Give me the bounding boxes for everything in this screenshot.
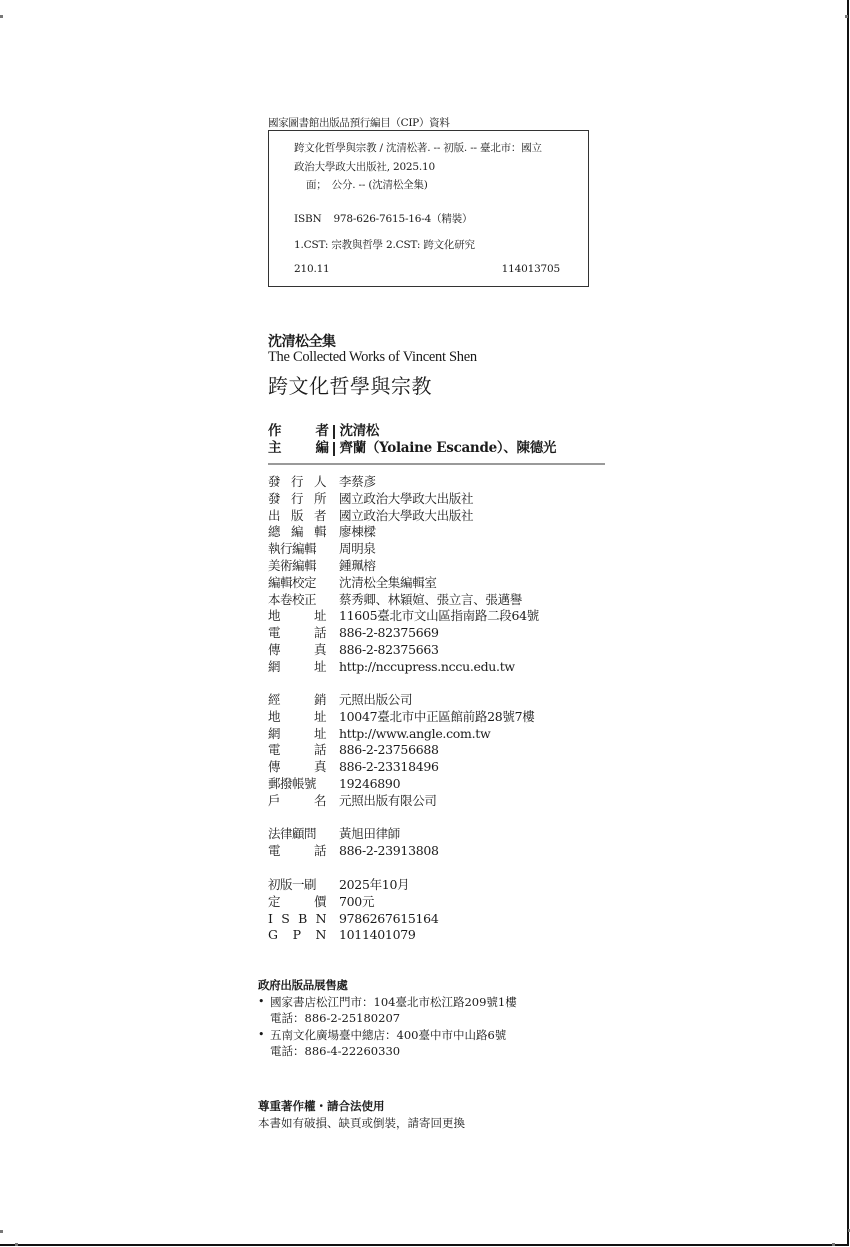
info-value: 國立政治大學政大出版社 — [339, 491, 473, 508]
info-label: 編輯校定 — [268, 575, 326, 592]
cip-isbn-label: ISBN — [294, 213, 321, 225]
info-value: 886-2-23756688 — [339, 742, 439, 759]
cip-line-3: 面； 公分. -- (沈清松全集) — [306, 177, 428, 192]
info-label: 網址 — [268, 726, 326, 743]
info-row: 發行人李蔡彥 — [268, 474, 539, 491]
credit-editor: 主 編 齊蘭（Yolaine Escande）、陳德光 — [268, 440, 556, 457]
info-label: 地址 — [268, 608, 326, 625]
crop-mark — [15, 1243, 18, 1246]
info-row: 定價700元 — [268, 894, 439, 911]
info-label: 地址 — [268, 709, 326, 726]
info-label: 發行所 — [268, 491, 326, 508]
info-row: 總編輯廖棟樑 — [268, 524, 539, 541]
info-value: http://www.angle.com.tw — [339, 726, 490, 743]
info-label: 法律顧問 — [268, 826, 326, 843]
info-value: 9786267615164 — [339, 911, 439, 928]
info-value: 鍾珮榕 — [339, 558, 376, 575]
gov-sales-item-name: 五南文化廣場臺中總店：400臺中市中山路6號 — [270, 1027, 506, 1044]
info-row: 電話886-2-23756688 — [268, 742, 534, 759]
info-label: 經銷 — [268, 692, 326, 709]
publisher-info: 發行人李蔡彥發行所國立政治大學政大出版社出版者國立政治大學政大出版社總編輯廖棟樑… — [268, 474, 539, 676]
crop-mark — [0, 15, 3, 18]
gov-sales-item-phone: 電話：886-2-25180207 — [258, 1010, 517, 1027]
info-value: 蔡秀卿、林穎媗、張立言、張邁譽 — [339, 592, 522, 609]
info-value: 886-2-23913808 — [339, 843, 439, 860]
legal-info: 法律顧問黃旭田律師電話886-2-23913808 — [268, 826, 439, 860]
info-row: 網址http://nccupress.nccu.edu.tw — [268, 659, 539, 676]
page-edge-bottom — [0, 1244, 849, 1246]
cip-record-number: 114013705 — [502, 263, 560, 275]
info-row: 戶名元照出版有限公司 — [268, 793, 534, 810]
info-value: http://nccupress.nccu.edu.tw — [339, 659, 515, 676]
crop-mark — [845, 15, 848, 18]
info-value: 11605臺北市文山區指南路二段64號 — [339, 608, 539, 625]
bullet-icon: • — [258, 1027, 270, 1044]
info-row: 電話886-2-82375669 — [268, 625, 539, 642]
info-label: 網址 — [268, 659, 326, 676]
info-row: 地址11605臺北市文山區指南路二段64號 — [268, 608, 539, 625]
info-row: ISBN9786267615164 — [268, 911, 439, 928]
info-label: 執行編輯 — [268, 541, 326, 558]
info-label: 傳真 — [268, 759, 326, 776]
info-value: 1011401079 — [339, 927, 416, 944]
info-value: 886-2-82375663 — [339, 642, 439, 659]
crop-mark — [832, 1243, 835, 1246]
credit-label: 作 者 — [268, 423, 329, 440]
gov-sales-item: • 五南文化廣場臺中總店：400臺中市中山路6號 — [258, 1027, 517, 1044]
gov-sales-item-phone: 電話：886-4-22260330 — [258, 1043, 517, 1060]
info-label: 電話 — [268, 625, 326, 642]
bullet-icon: • — [258, 994, 270, 1011]
info-value: 19246890 — [339, 776, 400, 793]
info-row: 初版一刷2025年10月 — [268, 877, 439, 894]
distributor-info: 經銷元照出版公司地址10047臺北市中正區館前路28號7樓網址http://ww… — [268, 692, 534, 810]
section-separator — [268, 463, 605, 465]
copyright-notice: 本書如有破損、缺頁或倒裝，請寄回更換 — [258, 1115, 465, 1132]
info-label: 總編輯 — [268, 524, 326, 541]
edition-info: 初版一刷2025年10月定價700元ISBN9786267615164GPN10… — [268, 877, 439, 944]
cip-line-1: 跨文化哲學與宗教 / 沈清松著. -- 初版. -- 臺北市：國立 — [294, 140, 542, 155]
info-label: 戶名 — [268, 793, 326, 810]
info-row: 本卷校正蔡秀卿、林穎媗、張立言、張邁譽 — [268, 592, 539, 609]
info-value: 黃旭田律師 — [339, 826, 400, 843]
series-title-en: The Collected Works of Vincent Shen — [268, 349, 477, 366]
copyright: 尊重著作權・請合法使用 本書如有破損、缺頁或倒裝，請寄回更換 — [258, 1098, 465, 1132]
info-value: 李蔡彥 — [339, 474, 376, 491]
info-row: 法律顧問黃旭田律師 — [268, 826, 439, 843]
info-label: 定價 — [268, 894, 326, 911]
info-row: 美術編輯鍾珮榕 — [268, 558, 539, 575]
info-row: 發行所國立政治大學政大出版社 — [268, 491, 539, 508]
info-label: 郵撥帳號 — [268, 776, 326, 793]
credit-value: 齊蘭（Yolaine Escande）、陳德光 — [340, 440, 557, 457]
info-row: 傳真886-2-23318496 — [268, 759, 534, 776]
info-value: 周明泉 — [339, 541, 376, 558]
gov-sales-item: • 國家書店松江門市：104臺北市松江路209號1樓 — [258, 994, 517, 1011]
cip-isbn-value: 978-626-7615-16-4（精裝） — [333, 213, 472, 225]
info-row: 執行編輯周明泉 — [268, 541, 539, 558]
info-row: 傳真886-2-82375663 — [268, 642, 539, 659]
crop-mark — [0, 1230, 3, 1233]
info-value: 886-2-82375669 — [339, 625, 439, 642]
series-title-zh: 沈清松全集 — [268, 331, 336, 351]
gov-sales: 政府出版品展售處 • 國家書店松江門市：104臺北市松江路209號1樓 電話：8… — [258, 977, 517, 1060]
credit-author: 作 者 沈清松 — [268, 423, 556, 440]
info-row: 出版者國立政治大學政大出版社 — [268, 508, 539, 525]
info-value: 886-2-23318496 — [339, 759, 439, 776]
info-label: GPN — [268, 927, 326, 944]
info-label: 出版者 — [268, 508, 326, 525]
info-value: 700元 — [339, 894, 374, 911]
info-row: 網址http://www.angle.com.tw — [268, 726, 534, 743]
credit-value: 沈清松 — [340, 423, 380, 440]
cip-subjects: 1.CST: 宗教與哲學 2.CST: 跨文化研究 — [294, 237, 475, 252]
info-row: 地址10047臺北市中正區館前路28號7樓 — [268, 709, 534, 726]
info-value: 沈清松全集編輯室 — [339, 575, 437, 592]
book-title: 跨文化哲學與宗教 — [268, 370, 432, 399]
info-value: 10047臺北市中正區館前路28號7樓 — [339, 709, 534, 726]
info-value: 元照出版公司 — [339, 692, 412, 709]
cip-heading: 國家圖書館出版品預行編目（CIP）資料 — [268, 115, 450, 130]
info-row: 經銷元照出版公司 — [268, 692, 534, 709]
info-label: 初版一刷 — [268, 877, 326, 894]
gov-sales-title: 政府出版品展售處 — [258, 977, 517, 994]
info-row: GPN1011401079 — [268, 927, 439, 944]
credits: 作 者 沈清松 主 編 齊蘭（Yolaine Escande）、陳德光 — [268, 423, 556, 457]
info-value: 元照出版有限公司 — [339, 793, 437, 810]
info-value: 廖棟樑 — [339, 524, 376, 541]
divider-bar — [333, 425, 335, 439]
info-label: 電話 — [268, 742, 326, 759]
gov-sales-item-name: 國家書店松江門市：104臺北市松江路209號1樓 — [270, 994, 517, 1011]
info-value: 國立政治大學政大出版社 — [339, 508, 473, 525]
info-label: 傳真 — [268, 642, 326, 659]
cip-line-2: 政治大學政大出版社, 2025.10 — [294, 159, 435, 174]
copyright-title: 尊重著作權・請合法使用 — [258, 1098, 465, 1115]
divider-bar — [333, 442, 335, 456]
info-label: 電話 — [268, 843, 326, 860]
credit-label: 主 編 — [268, 440, 329, 457]
info-label: 發行人 — [268, 474, 326, 491]
info-value: 2025年10月 — [339, 877, 409, 894]
cip-isbn: ISBN978-626-7615-16-4（精裝） — [294, 211, 472, 226]
info-row: 電話886-2-23913808 — [268, 843, 439, 860]
info-label: 本卷校正 — [268, 592, 326, 609]
info-label: 美術編輯 — [268, 558, 326, 575]
info-row: 編輯校定沈清松全集編輯室 — [268, 575, 539, 592]
cip-box: 跨文化哲學與宗教 / 沈清松著. -- 初版. -- 臺北市：國立 政治大學政大… — [268, 130, 589, 287]
info-row: 郵撥帳號19246890 — [268, 776, 534, 793]
page-edge-right — [847, 0, 849, 1246]
cip-classification: 210.11 — [294, 263, 330, 275]
info-label: ISBN — [268, 911, 326, 928]
